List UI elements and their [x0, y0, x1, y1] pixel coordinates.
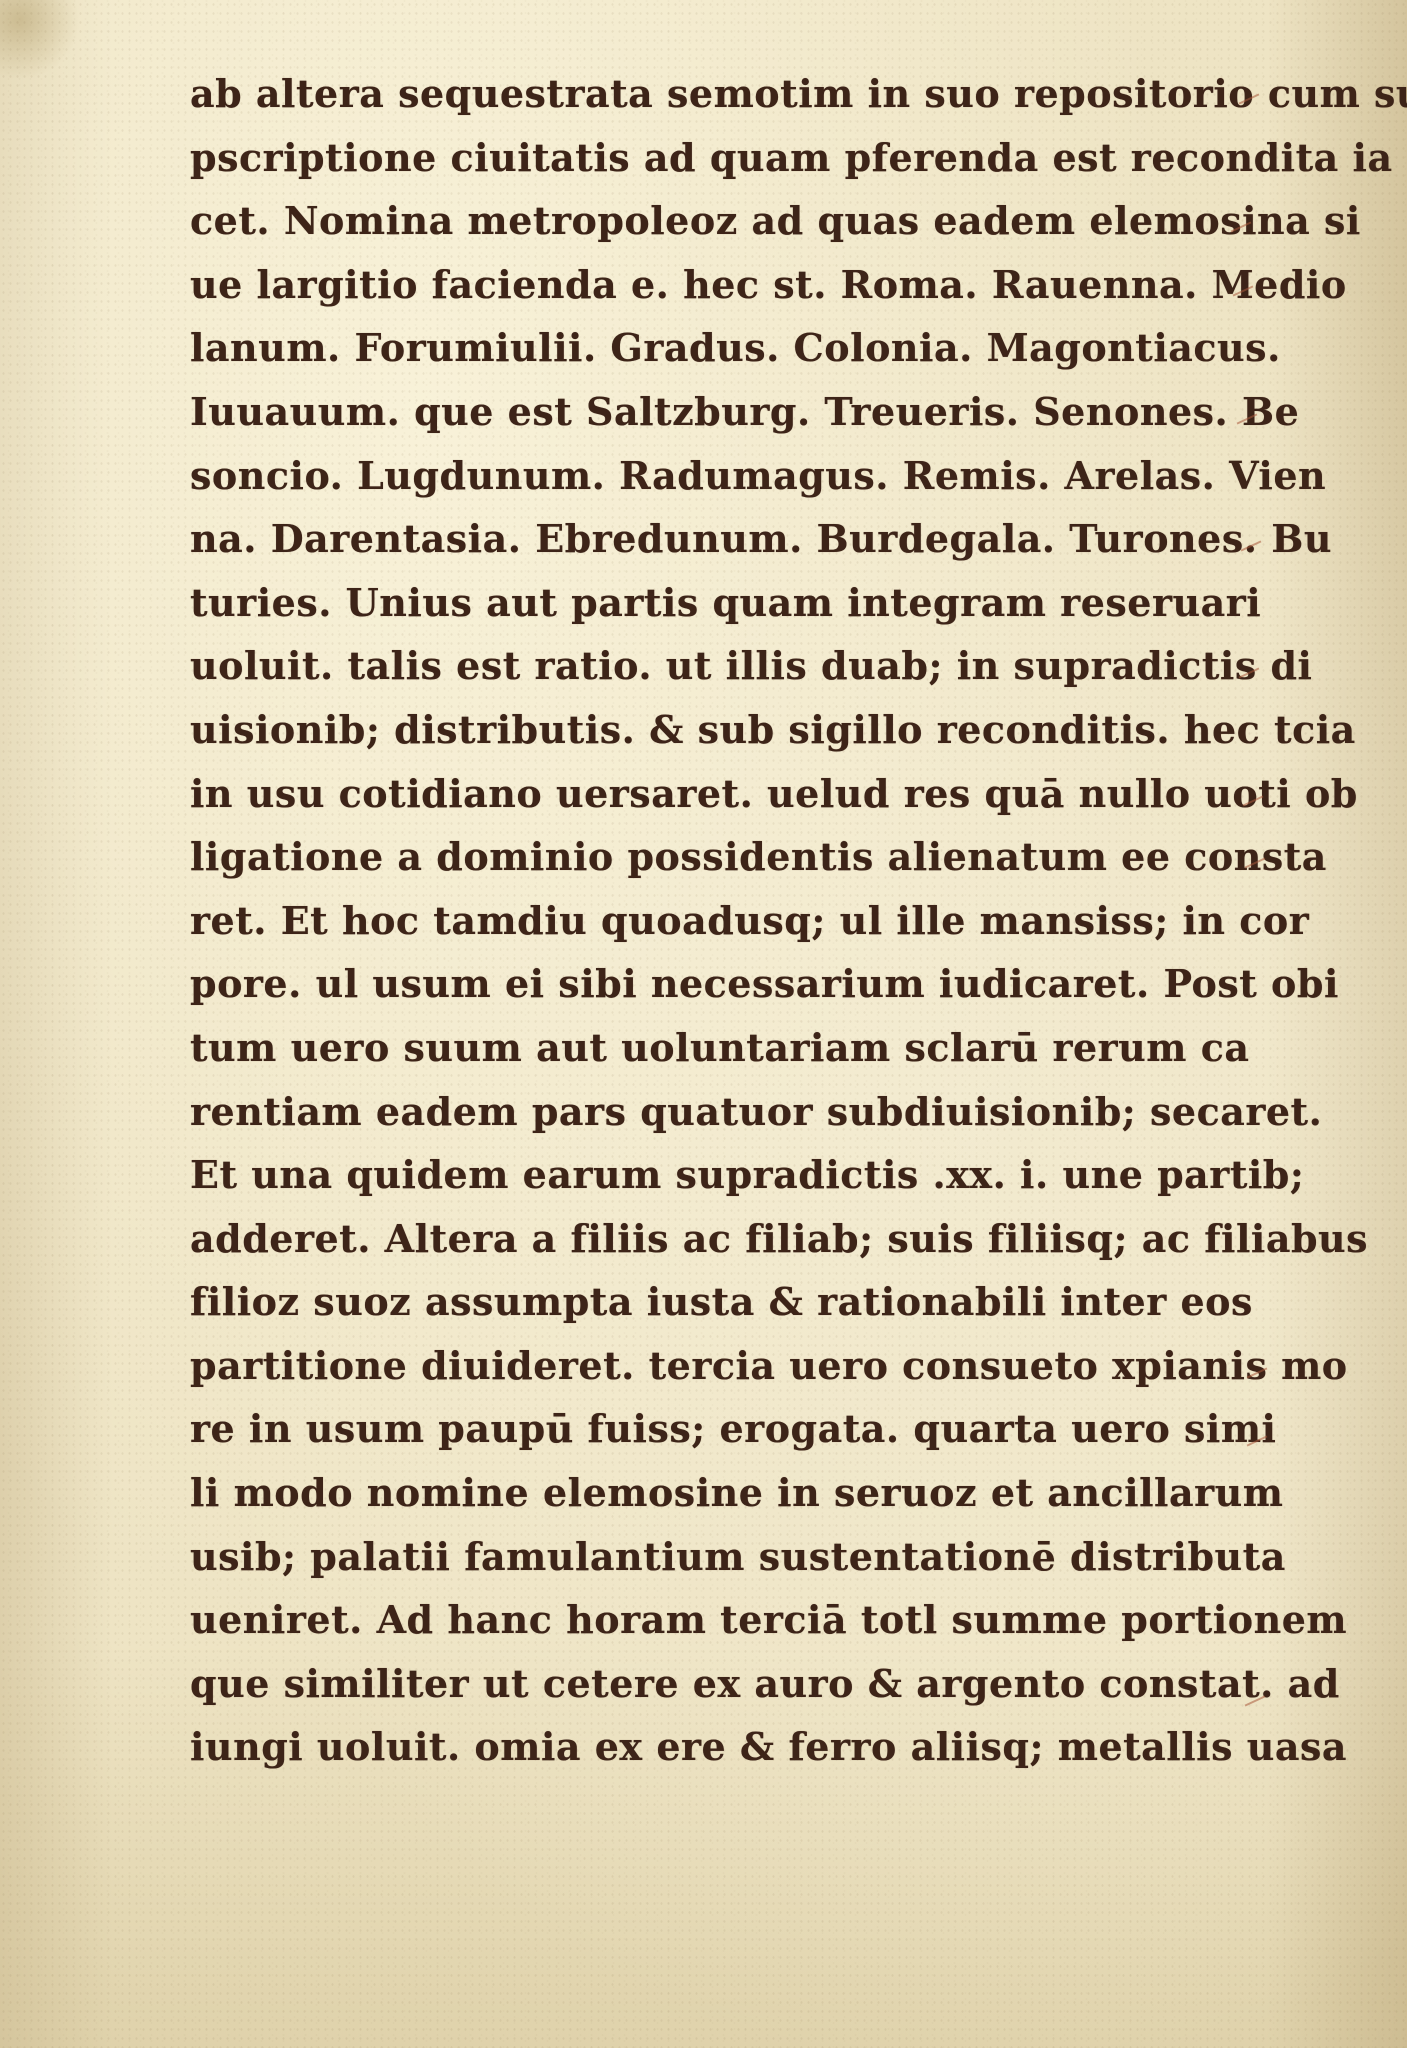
- text-line: ret. Et hoc tamdiu quoadusq; ul ille man…: [190, 889, 1250, 953]
- text-line: usib; palatii famulantium sustentationē …: [190, 1525, 1250, 1589]
- text-line: ab altera sequestrata semotim in suo rep…: [190, 62, 1250, 126]
- text-line: adderet. Altera a filiis ac filiab; suis…: [190, 1207, 1250, 1271]
- text-line: partitione diuideret. tercia uero consue…: [190, 1334, 1250, 1398]
- text-line: li modo nomine elemosine in seruoz et an…: [190, 1461, 1250, 1525]
- text-line: que similiter ut cetere ex auro & argent…: [190, 1652, 1250, 1716]
- text-line: ligatione a dominio possidentis alienatu…: [190, 825, 1250, 889]
- corner-stain: [0, 0, 80, 80]
- text-line: ue largitio facienda e. hec st. Roma. Ra…: [190, 253, 1250, 317]
- text-line: turies. Unius aut partis quam integram r…: [190, 571, 1250, 635]
- text-line: tum uero suum aut uoluntariam sclarū rer…: [190, 1016, 1250, 1080]
- text-line: Et una quidem earum supradictis .xx. i. …: [190, 1143, 1250, 1207]
- text-line: uoluit. talis est ratio. ut illis duab; …: [190, 634, 1250, 698]
- text-line: soncio. Lugdunum. Radumagus. Remis. Arel…: [190, 444, 1250, 508]
- text-line: uisionib; distributis. & sub sigillo rec…: [190, 698, 1250, 762]
- parchment-page: ab altera sequestrata semotim in suo rep…: [0, 0, 1407, 2048]
- text-line: iungi uoluit. omia ex ere & ferro aliisq…: [190, 1715, 1250, 1779]
- text-line: Iuuauum. que est Saltzburg. Treueris. Se…: [190, 380, 1250, 444]
- text-line: re in usum paupū fuiss; erogata. quarta …: [190, 1397, 1250, 1461]
- text-line: lanum. Forumiulii. Gradus. Colonia. Mago…: [190, 316, 1250, 380]
- text-line: in usu cotidiano uersaret. uelud res quā…: [190, 762, 1250, 826]
- text-line: rentiam eadem pars quatuor subdiuisionib…: [190, 1080, 1250, 1144]
- text-line: cet. Nomina metropoleoz ad quas eadem el…: [190, 189, 1250, 253]
- text-line: pscriptione ciuitatis ad quam pferenda e…: [190, 126, 1250, 190]
- text-block: ab altera sequestrata semotim in suo rep…: [190, 62, 1250, 1779]
- text-line: filioz suoz assumpta iusta & rationabili…: [190, 1270, 1250, 1334]
- text-line: na. Darentasia. Ebredunum. Burdegala. Tu…: [190, 507, 1250, 571]
- text-line: ueniret. Ad hanc horam terciā totl summe…: [190, 1588, 1250, 1652]
- text-line: pore. ul usum ei sibi necessarium iudica…: [190, 952, 1250, 1016]
